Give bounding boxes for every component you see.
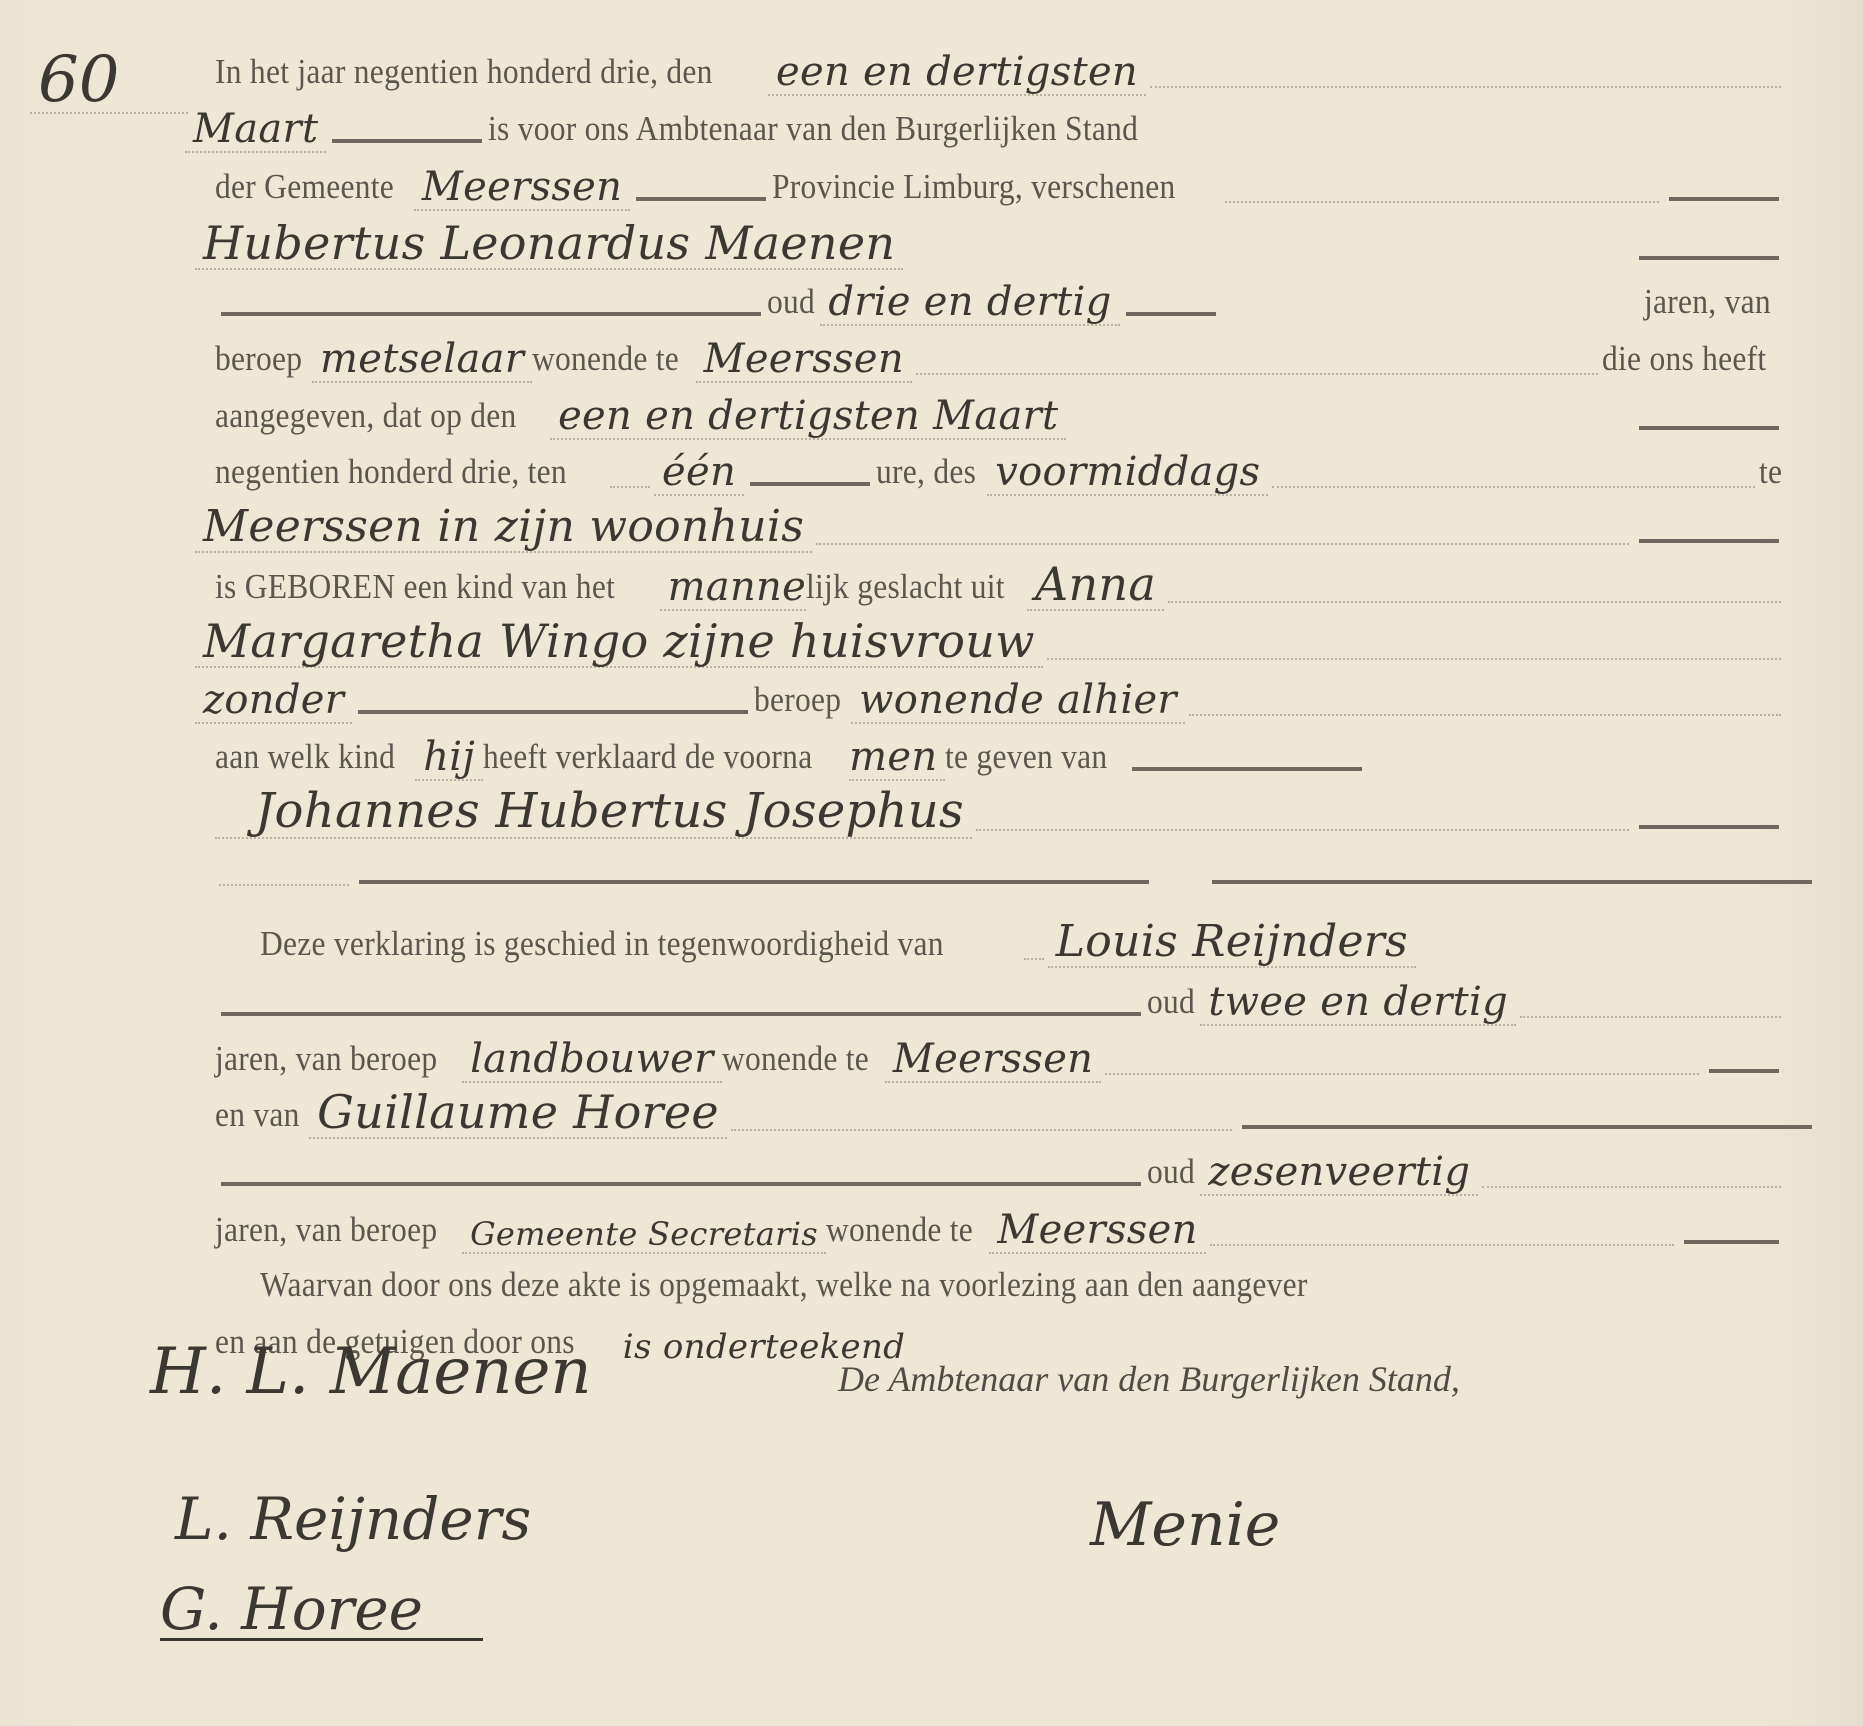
registrar-title: De Ambtenaar van den Burgerlijken Stand, [838, 1358, 1460, 1400]
handwritten-witness-1: Louis Reijnders [1048, 920, 1416, 968]
handwritten-child-name: Johannes Hubertus Josephus [215, 787, 972, 839]
line-declarant-age: oud drie en dertig jaren, van [215, 270, 1785, 326]
handwritten-mother-name: Margaretha Wingo zijne huisvrouw [195, 618, 1043, 668]
printed-text: wonende te [532, 339, 679, 383]
handwritten-occupation: metselaar [312, 339, 532, 383]
fill-rule [750, 482, 870, 486]
printed-text: oud [767, 282, 815, 326]
handwritten-witness-2-residence: Meerssen [989, 1210, 1205, 1254]
printed-text: aan welk kind [215, 737, 395, 781]
handwritten-municipality: Meerssen [414, 167, 630, 211]
line-witness-1-age: oud twee en dertig [215, 970, 1785, 1026]
printed-text: jaren, van beroep [215, 1210, 437, 1254]
fill-rule [1639, 426, 1779, 430]
printed-text: wonende te [826, 1210, 973, 1254]
printed-text: heeft verklaard de voorna [483, 737, 812, 781]
fill-rule [332, 139, 482, 143]
fill-rule [1709, 1069, 1779, 1073]
dotted-fill [916, 372, 1598, 375]
record-number: 60 [30, 48, 188, 114]
dotted-fill [1520, 1015, 1781, 1018]
fill-rule [1242, 1125, 1812, 1129]
handwritten-residence: Meerssen [696, 339, 912, 383]
printed-text: die ons heeft [1602, 339, 1766, 383]
line-birth-place: Meerssen in zijn woonhuis [195, 497, 1785, 553]
handwritten-witness-2-age: zesenveertig [1200, 1152, 1478, 1196]
handwritten-mother-first: Anna [1027, 561, 1164, 611]
fill-rule [359, 880, 1149, 884]
dotted-fill [1168, 600, 1781, 603]
printed-text: en van [215, 1095, 300, 1139]
printed-text: is voor ons Ambtenaar van den Burgerlijk… [488, 109, 1138, 153]
line-sex-mother: is GEBOREN een kind van het manne lijk g… [215, 555, 1785, 611]
fill-rule [1132, 767, 1362, 771]
handwritten-birth-place: Meerssen in zijn woonhuis [195, 505, 812, 553]
line-month: Maart is voor ons Ambtenaar van den Burg… [185, 97, 1785, 153]
line-birth-time: negentien honderd drie, ten één ure, des… [215, 440, 1785, 496]
printed-text: aangegeven, dat op den [215, 396, 517, 440]
fill-rule [636, 197, 766, 201]
line-blank [215, 838, 1818, 894]
printed-text: oud [1147, 1152, 1195, 1196]
line-declarant-occupation: beroep metselaar wonende te Meerssen die… [215, 327, 1785, 383]
dotted-fill [1272, 485, 1755, 488]
line-child-name: Johannes Hubertus Josephus [215, 783, 1785, 839]
fill-rule [1684, 1240, 1779, 1244]
fill-rule [221, 1182, 1141, 1186]
line-names-given: aan welk kind hij heeft verklaard de voo… [215, 725, 1785, 781]
fill-rule [1639, 256, 1779, 260]
printed-text: Provincie Limburg, verschenen [772, 167, 1176, 211]
line-witness-1-occupation: jaren, van beroep landbouwer wonende te … [215, 1027, 1785, 1083]
handwritten-month: Maart [185, 109, 326, 153]
fill-rule [1639, 539, 1779, 543]
dotted-fill [1024, 957, 1044, 960]
printed-text: jaren, van [1644, 282, 1771, 326]
signature-declarant: H. L. Maenen [150, 1340, 592, 1404]
line-municipality: der Gemeente Meerssen Provincie Limburg,… [215, 155, 1785, 211]
handwritten-mother-occupation: zonder [195, 680, 352, 724]
dotted-fill [1482, 1185, 1781, 1188]
handwritten-witness-1-occupation: landbouwer [462, 1039, 722, 1083]
line-witness-2-age: oud zesenveertig [215, 1140, 1785, 1196]
printed-text: is GEBOREN een kind van het [215, 567, 615, 611]
printed-text: beroep [754, 680, 841, 724]
line-birth-date: aangegeven, dat op den een en dertigsten… [215, 384, 1785, 440]
handwritten-suffix: men [849, 737, 945, 781]
handwritten-birth-date: een en dertigsten Maart [550, 396, 1066, 440]
printed-text: lijk geslacht uit [806, 567, 1005, 611]
handwritten-day: een en dertigsten [768, 52, 1146, 96]
handwritten-declarant: Hubertus Leonardus Maenen [195, 220, 903, 270]
line-date: In het jaar negentien honderd drie, den … [215, 40, 1785, 96]
dotted-fill [219, 883, 349, 886]
handwritten-witness-1-residence: Meerssen [885, 1039, 1101, 1083]
fill-rule [221, 312, 761, 316]
printed-text: Waarvan door ons deze akte is opgemaakt,… [260, 1265, 1308, 1309]
line-declarant-name: Hubertus Leonardus Maenen [195, 214, 1785, 270]
printed-text: oud [1147, 982, 1195, 1026]
handwritten-age: drie en dertig [820, 282, 1119, 326]
dotted-fill [1047, 657, 1781, 660]
dotted-fill [610, 485, 650, 488]
signature-registrar: Menie [1090, 1495, 1280, 1555]
handwritten-pronoun: hij [415, 737, 483, 781]
line-witness-1: Deze verklaring is geschied in tegenwoor… [215, 912, 1785, 968]
fill-rule [1212, 880, 1812, 884]
printed-text: In het jaar negentien honderd drie, den [215, 52, 713, 96]
printed-text: te [1759, 452, 1782, 496]
printed-text: jaren, van beroep [215, 1039, 437, 1083]
dotted-fill [816, 542, 1629, 545]
handwritten-hour: één [654, 452, 744, 496]
fill-rule [358, 710, 748, 714]
dotted-fill [1189, 713, 1781, 716]
fill-rule [1639, 825, 1779, 829]
printed-text: ure, des [876, 452, 976, 496]
fill-rule [1669, 197, 1779, 201]
fill-rule [221, 1012, 1141, 1016]
dotted-fill [1210, 1243, 1674, 1246]
signature-witness-1: L. Reijnders [175, 1490, 531, 1548]
dotted-fill [1150, 85, 1781, 88]
line-witness-2: en van Guillaume Horee [215, 1083, 1818, 1139]
handwritten-witness-2-occupation: Gemeente Secretaris [462, 1218, 826, 1254]
printed-text: negentien honderd drie, ten [215, 452, 567, 496]
dotted-fill [976, 828, 1629, 831]
line-mother-occupation: zonder beroep wonende alhier [195, 668, 1785, 724]
handwritten-time-of-day: voormiddags [987, 452, 1268, 496]
dotted-fill [1225, 200, 1659, 203]
handwritten-sex: manne [660, 567, 806, 611]
dotted-fill [731, 1128, 1232, 1131]
line-mother-name: Margaretha Wingo zijne huisvrouw [195, 612, 1785, 668]
printed-text: wonende te [722, 1039, 869, 1083]
handwritten-mother-residence: wonende alhier [851, 680, 1185, 724]
signature-witness-2: G. Horee [160, 1580, 483, 1641]
fill-rule [1126, 312, 1216, 316]
printed-text: te geven van [945, 737, 1107, 781]
line-witness-2-occupation: jaren, van beroep Gemeente Secretaris wo… [215, 1198, 1785, 1254]
printed-text: beroep [215, 339, 302, 383]
line-closing-statement: Waarvan door ons deze akte is opgemaakt,… [215, 1253, 1785, 1309]
dotted-fill [1105, 1072, 1699, 1075]
printed-text: Deze verklaring is geschied in tegenwoor… [260, 924, 944, 968]
handwritten-witness-1-age: twee en dertig [1200, 982, 1516, 1026]
birth-record-page: 60 In het jaar negentien honderd drie, d… [0, 0, 1863, 1726]
printed-text: der Gemeente [215, 167, 394, 211]
handwritten-witness-2: Guillaume Horee [309, 1089, 727, 1139]
